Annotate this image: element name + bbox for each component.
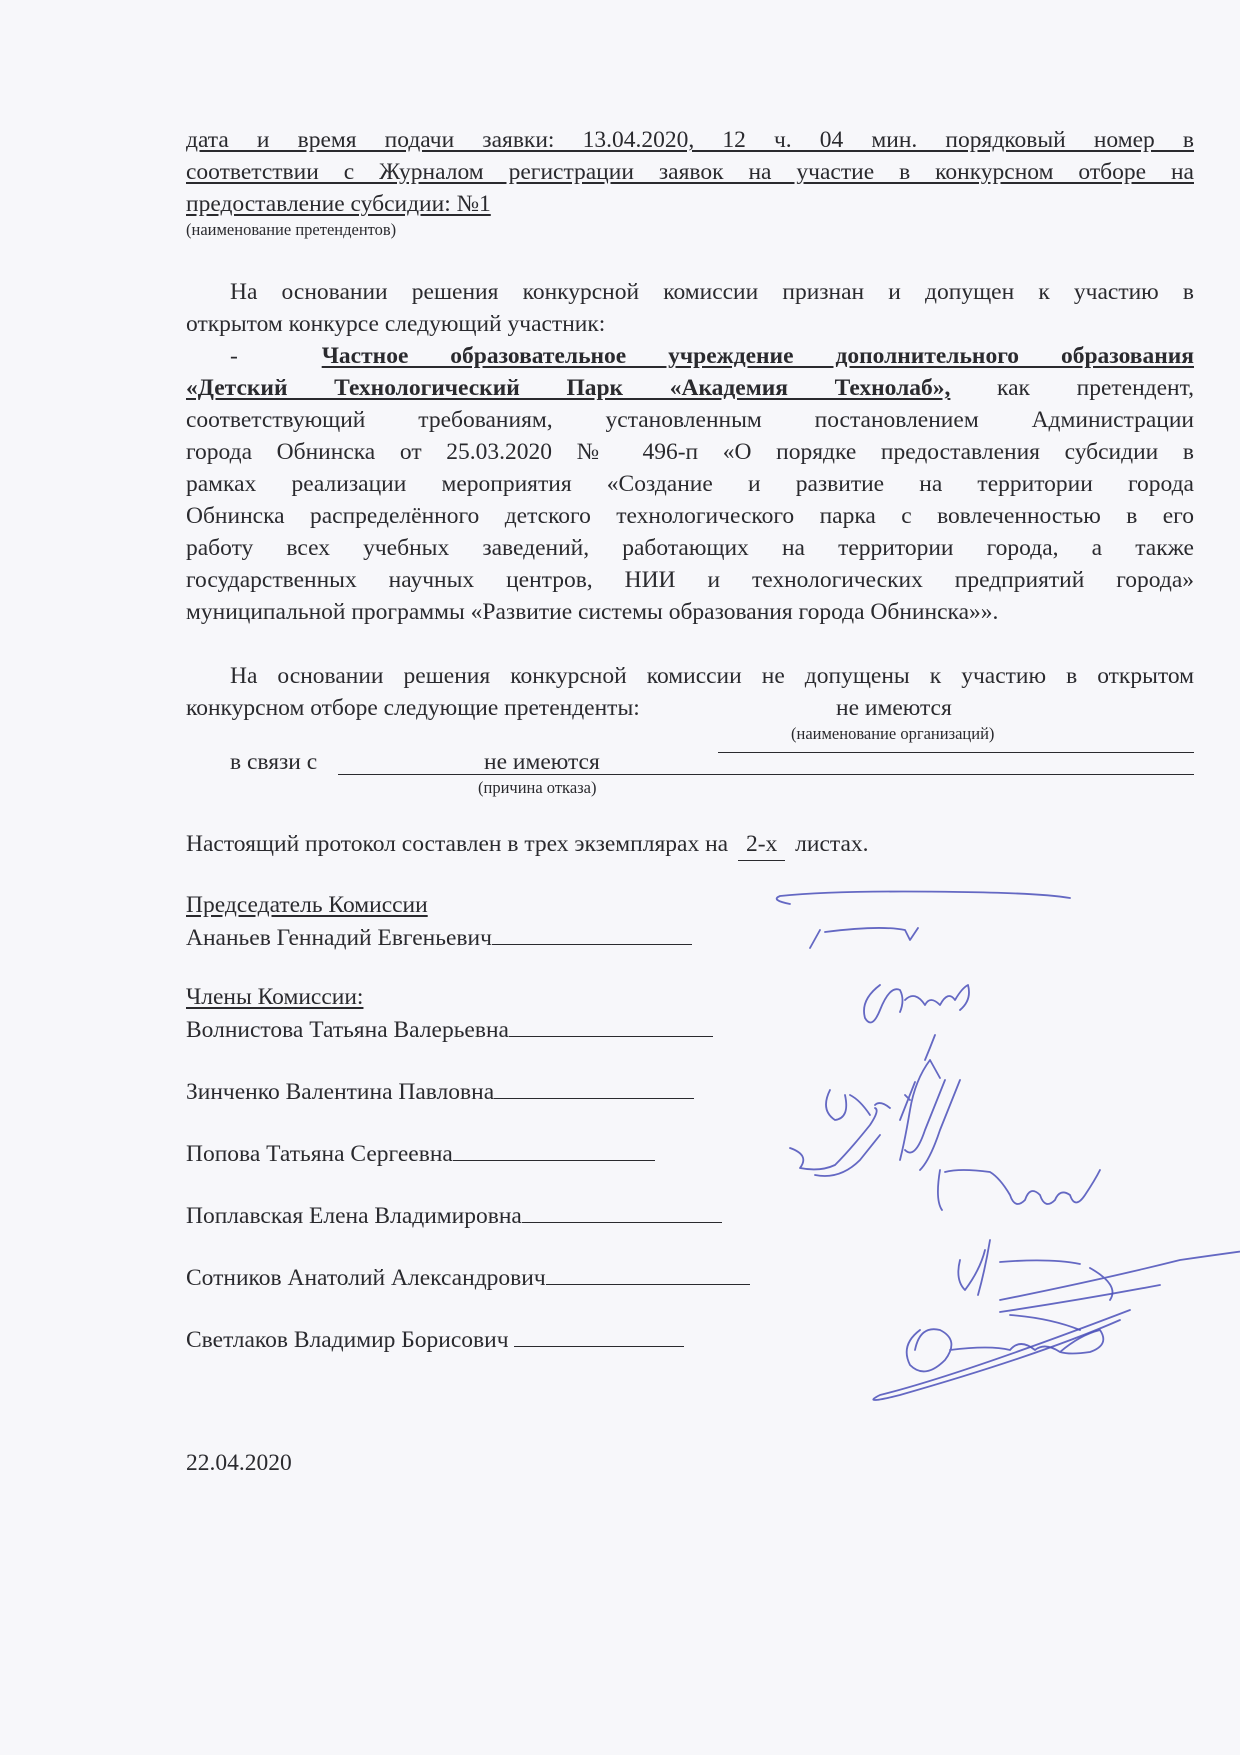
- handwritten-signatures-icon: [0, 0, 1240, 1755]
